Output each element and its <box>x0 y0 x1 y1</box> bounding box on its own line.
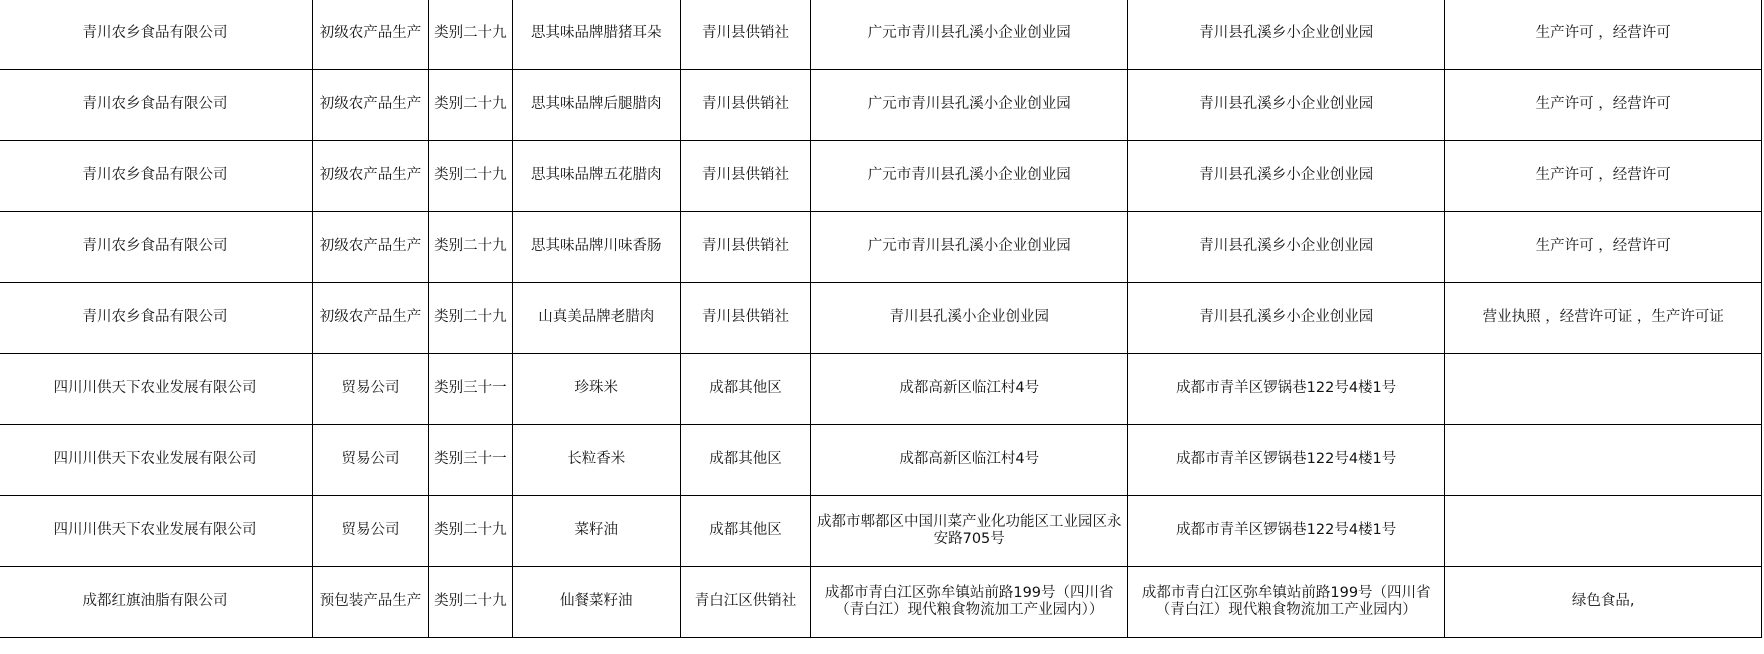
cell-company[interactable]: 成都红旗油脂有限公司 <box>0 566 312 637</box>
cell-product[interactable]: 思其味品牌五花腊肉 <box>512 140 680 211</box>
cell-source[interactable]: 青川县供销社 <box>680 69 811 140</box>
cell-production-address[interactable]: 成都市郫都区中国川菜产业化功能区工业园区永安路705号 <box>811 495 1128 566</box>
cell-production-address[interactable]: 广元市青川县孔溪小企业创业园 <box>811 69 1128 140</box>
cell-source[interactable]: 青川县供销社 <box>680 282 811 353</box>
cell-product[interactable]: 思其味品牌后腿腊肉 <box>512 69 680 140</box>
cell-category-type[interactable]: 初级农产品生产 <box>312 140 428 211</box>
cell-source[interactable]: 青川县供销社 <box>680 0 811 69</box>
table-row: 四川川供天下农业发展有限公司 贸易公司 类别二十九 菜籽油 成都其他区 成都市郫… <box>0 495 1762 566</box>
cell-company[interactable]: 青川农乡食品有限公司 <box>0 69 312 140</box>
cell-production-address[interactable]: 成都高新区临江村4号 <box>811 424 1128 495</box>
cell-class[interactable]: 类别二十九 <box>428 140 512 211</box>
cell-product[interactable]: 思其味品牌川味香肠 <box>512 211 680 282</box>
cell-class[interactable]: 类别二十九 <box>428 282 512 353</box>
cell-production-address[interactable]: 成都市青白江区弥牟镇站前路199号（四川省（青白江）现代粮食物流加工产业园内）） <box>811 566 1128 637</box>
cell-business-address[interactable]: 成都市青羊区锣锅巷122号4楼1号 <box>1127 353 1445 424</box>
cell-product[interactable]: 仙餐菜籽油 <box>512 566 680 637</box>
cell-certificates[interactable]: 绿色食品, <box>1445 566 1762 637</box>
cell-product[interactable]: 思其味品牌腊猪耳朵 <box>512 0 680 69</box>
cell-category-type[interactable]: 预包装产品生产 <box>312 566 428 637</box>
table-row: 四川川供天下农业发展有限公司 贸易公司 类别三十一 长粒香米 成都其他区 成都高… <box>0 424 1762 495</box>
cell-company[interactable]: 青川农乡食品有限公司 <box>0 140 312 211</box>
cell-product[interactable]: 菜籽油 <box>512 495 680 566</box>
cell-certificates[interactable] <box>1445 424 1762 495</box>
cell-company[interactable]: 青川农乡食品有限公司 <box>0 0 312 69</box>
cell-category-type[interactable]: 初级农产品生产 <box>312 282 428 353</box>
cell-production-address[interactable]: 广元市青川县孔溪小企业创业园 <box>811 140 1128 211</box>
cell-company[interactable]: 青川农乡食品有限公司 <box>0 282 312 353</box>
cell-company[interactable]: 青川农乡食品有限公司 <box>0 211 312 282</box>
cell-certificates[interactable]: 生产许可 ，经营许可 <box>1445 0 1762 69</box>
table-row: 成都红旗油脂有限公司 预包装产品生产 类别二十九 仙餐菜籽油 青白江区供销社 成… <box>0 566 1762 637</box>
cell-business-address[interactable]: 成都市青羊区锣锅巷122号4楼1号 <box>1127 424 1445 495</box>
cell-class[interactable]: 类别三十一 <box>428 424 512 495</box>
cell-source[interactable]: 成都其他区 <box>680 353 811 424</box>
cell-certificates[interactable]: 营业执照 ，经营许可证 ，生产许可证 <box>1445 282 1762 353</box>
cell-class[interactable]: 类别三十一 <box>428 353 512 424</box>
cell-source[interactable]: 成都其他区 <box>680 424 811 495</box>
table-row: 四川川供天下农业发展有限公司 贸易公司 类别三十一 珍珠米 成都其他区 成都高新… <box>0 353 1762 424</box>
cell-product[interactable]: 长粒香米 <box>512 424 680 495</box>
cell-production-address[interactable]: 成都高新区临江村4号 <box>811 353 1128 424</box>
cell-class[interactable]: 类别二十九 <box>428 211 512 282</box>
cell-class[interactable]: 类别二十九 <box>428 69 512 140</box>
cell-business-address[interactable]: 青川县孔溪乡小企业创业园 <box>1127 140 1445 211</box>
cell-source[interactable]: 青川县供销社 <box>680 211 811 282</box>
cell-category-type[interactable]: 贸易公司 <box>312 424 428 495</box>
cell-certificates[interactable]: 生产许可 ，经营许可 <box>1445 69 1762 140</box>
cell-certificates[interactable]: 生产许可 ，经营许可 <box>1445 140 1762 211</box>
cell-source[interactable]: 青白江区供销社 <box>680 566 811 637</box>
cell-business-address[interactable]: 青川县孔溪乡小企业创业园 <box>1127 69 1445 140</box>
cell-source[interactable]: 成都其他区 <box>680 495 811 566</box>
cell-class[interactable]: 类别二十九 <box>428 495 512 566</box>
cell-company[interactable]: 四川川供天下农业发展有限公司 <box>0 424 312 495</box>
cell-product[interactable]: 山真美品牌老腊肉 <box>512 282 680 353</box>
table-row: 青川农乡食品有限公司 初级农产品生产 类别二十九 思其味品牌川味香肠 青川县供销… <box>0 211 1762 282</box>
table-row: 青川农乡食品有限公司 初级农产品生产 类别二十九 思其味品牌五花腊肉 青川县供销… <box>0 140 1762 211</box>
cell-business-address[interactable]: 成都市青羊区锣锅巷122号4楼1号 <box>1127 495 1445 566</box>
table-row: 青川农乡食品有限公司 初级农产品生产 类别二十九 山真美品牌老腊肉 青川县供销社… <box>0 282 1762 353</box>
cell-business-address[interactable]: 青川县孔溪乡小企业创业园 <box>1127 0 1445 69</box>
cell-production-address[interactable]: 青川县孔溪小企业创业园 <box>811 282 1128 353</box>
cell-business-address[interactable]: 青川县孔溪乡小企业创业园 <box>1127 282 1445 353</box>
product-registry-table: 青川农乡食品有限公司 初级农产品生产 类别二十九 思其味品牌腊猪耳朵 青川县供销… <box>0 0 1762 638</box>
table-row: 青川农乡食品有限公司 初级农产品生产 类别二十九 思其味品牌腊猪耳朵 青川县供销… <box>0 0 1762 69</box>
cell-category-type[interactable]: 贸易公司 <box>312 353 428 424</box>
cell-production-address[interactable]: 广元市青川县孔溪小企业创业园 <box>811 0 1128 69</box>
cell-source[interactable]: 青川县供销社 <box>680 140 811 211</box>
cell-category-type[interactable]: 初级农产品生产 <box>312 0 428 69</box>
cell-certificates[interactable] <box>1445 353 1762 424</box>
cell-class[interactable]: 类别二十九 <box>428 566 512 637</box>
table-body: 青川农乡食品有限公司 初级农产品生产 类别二十九 思其味品牌腊猪耳朵 青川县供销… <box>0 0 1762 637</box>
cell-category-type[interactable]: 初级农产品生产 <box>312 211 428 282</box>
cell-company[interactable]: 四川川供天下农业发展有限公司 <box>0 353 312 424</box>
cell-business-address[interactable]: 成都市青白江区弥牟镇站前路199号（四川省（青白江）现代粮食物流加工产业园内） <box>1127 566 1445 637</box>
cell-business-address[interactable]: 青川县孔溪乡小企业创业园 <box>1127 211 1445 282</box>
table-row: 青川农乡食品有限公司 初级农产品生产 类别二十九 思其味品牌后腿腊肉 青川县供销… <box>0 69 1762 140</box>
cell-production-address[interactable]: 广元市青川县孔溪小企业创业园 <box>811 211 1128 282</box>
cell-certificates[interactable] <box>1445 495 1762 566</box>
cell-category-type[interactable]: 贸易公司 <box>312 495 428 566</box>
cell-product[interactable]: 珍珠米 <box>512 353 680 424</box>
cell-certificates[interactable]: 生产许可 ，经营许可 <box>1445 211 1762 282</box>
cell-class[interactable]: 类别二十九 <box>428 0 512 69</box>
cell-category-type[interactable]: 初级农产品生产 <box>312 69 428 140</box>
cell-company[interactable]: 四川川供天下农业发展有限公司 <box>0 495 312 566</box>
